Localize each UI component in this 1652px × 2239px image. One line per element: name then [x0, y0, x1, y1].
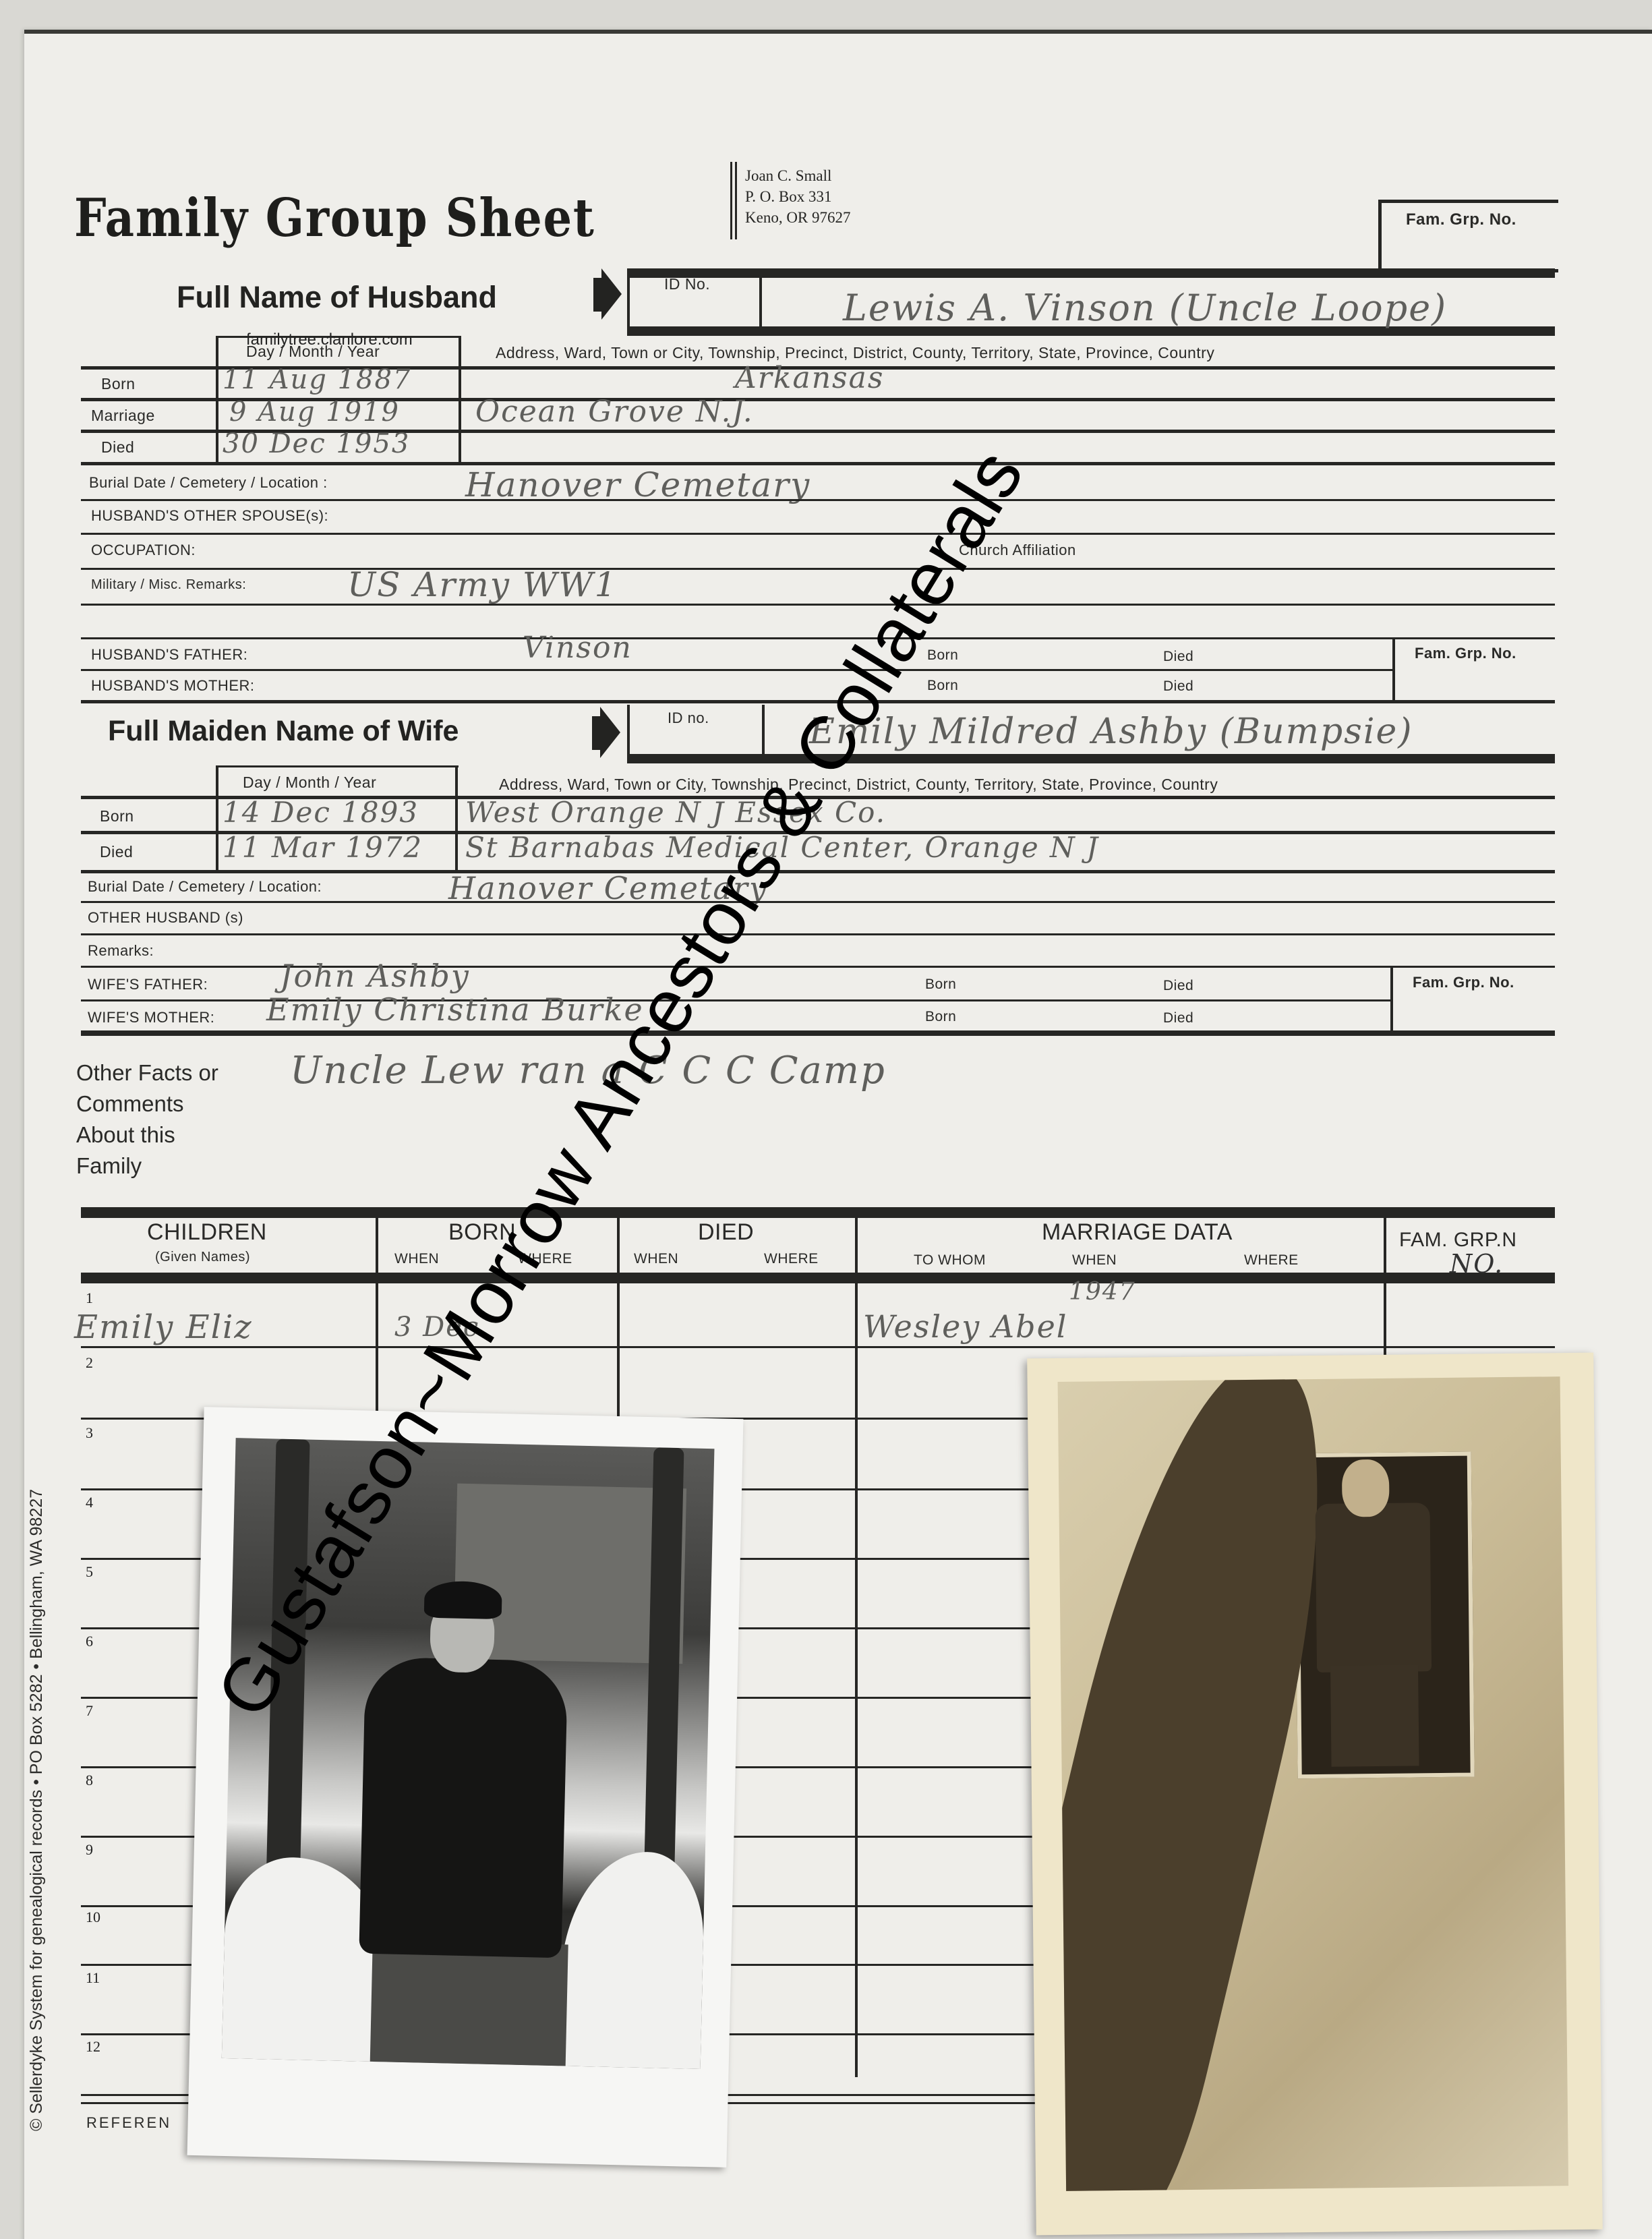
born-label: Born	[100, 807, 134, 825]
child-1-marriage-when[interactable]: 1947	[1069, 1278, 1136, 1306]
marriage-where-header: WHERE	[1244, 1252, 1299, 1269]
husband-marriage-date[interactable]: 9 Aug 1919	[229, 397, 400, 428]
husband-name-field[interactable]: Lewis A. Vinson (Uncle Loope)	[843, 287, 1447, 329]
wife-mother-label: WIFE'S MOTHER:	[88, 1009, 214, 1026]
place-column-header: Address, Ward, Town or City, Township, P…	[499, 776, 1218, 794]
divider	[730, 162, 732, 239]
row-number: 5	[86, 1563, 93, 1581]
row-number: 9	[86, 1841, 93, 1859]
died-label: Died	[1163, 1010, 1193, 1026]
child-1-name[interactable]: Emily Eliz	[74, 1308, 253, 1346]
reference-label: REFEREN	[86, 2114, 171, 2132]
other-facts-label: Other Facts or Comments About this Famil…	[76, 1057, 218, 1182]
date-column-header: Day / Month / Year	[243, 774, 376, 792]
burial-label: Burial Date / Cemetery / Location:	[88, 878, 322, 896]
died-when-header: WHEN	[634, 1251, 678, 1267]
divider	[735, 162, 737, 239]
row-number: 7	[86, 1702, 93, 1720]
row-number: 6	[86, 1633, 93, 1650]
arrow-icon	[600, 707, 620, 758]
publisher-imprint: © Sellerdyke System for genealogical rec…	[27, 1489, 47, 2131]
died-label: Died	[100, 843, 133, 861]
other-husband-label: OTHER HUSBAND (s)	[88, 909, 243, 927]
husband-father-label: HUSBAND'S FATHER:	[91, 646, 247, 664]
husband-mother-label: HUSBAND'S MOTHER:	[91, 677, 255, 695]
remarks-label: Remarks:	[88, 942, 154, 960]
publisher-address: Joan C. Small P. O. Box 331 Keno, OR 976…	[745, 165, 851, 228]
husband-section-label: Full Name of Husband	[177, 280, 497, 315]
marriage-data-header: MARRIAGE DATA	[1042, 1219, 1233, 1246]
children-subheader: (Given Names)	[155, 1250, 250, 1265]
husband-death-date[interactable]: 30 Dec 1953	[223, 428, 410, 459]
row-number: 4	[86, 1494, 93, 1511]
child-1-spouse[interactable]: Wesley Abel	[863, 1308, 1068, 1345]
wife-mother-field[interactable]: Emily Christina Burke	[266, 991, 644, 1028]
burial-label: Burial Date / Cemetery / Location :	[89, 474, 328, 492]
photo-man-in-doorway[interactable]	[1027, 1353, 1603, 2236]
row-number: 3	[86, 1424, 93, 1442]
wife-father-label: WIFE'S FATHER:	[88, 976, 208, 993]
died-where-header: WHERE	[764, 1251, 819, 1267]
fam-grp-note: NO.	[1450, 1249, 1504, 1279]
wife-birth-date[interactable]: 14 Dec 1893	[223, 796, 419, 829]
husband-marriage-place[interactable]: Ocean Grove N.J.	[475, 395, 754, 429]
born-when-header: WHEN	[394, 1251, 439, 1267]
place-column-header: Address, Ward, Town or City, Township, P…	[496, 344, 1214, 362]
husband-birth-date[interactable]: 11 Aug 1887	[223, 364, 411, 395]
husband-military-field[interactable]: US Army WW1	[347, 565, 617, 604]
date-column-header: Day / Month / Year	[246, 343, 380, 361]
died-label: Died	[1163, 678, 1193, 695]
photo-image	[1058, 1376, 1569, 2191]
wife-father-field[interactable]: John Ashby	[280, 958, 470, 994]
row-number: 10	[86, 1909, 100, 1926]
fam-grp-no-label: Fam. Grp. No.	[1415, 645, 1516, 662]
born-label: Born	[925, 1009, 956, 1025]
row-number: 11	[86, 1969, 100, 1987]
occupation-label: OCCUPATION:	[91, 542, 196, 559]
marriage-when-header: WHEN	[1072, 1252, 1117, 1269]
marriage-label: Marriage	[91, 407, 155, 425]
husband-id-label: ID No.	[664, 275, 710, 293]
arrow-icon	[601, 268, 622, 320]
born-label: Born	[925, 977, 956, 993]
page-title: Family Group Sheet	[74, 187, 595, 249]
fam-grp-no-label: Fam. Grp. No.	[1413, 974, 1514, 991]
husband-birth-place[interactable]: Arkansas	[735, 361, 884, 395]
children-header: CHILDREN	[147, 1219, 267, 1246]
to-whom-header: TO WHOM	[914, 1252, 986, 1269]
died-label: Died	[101, 438, 134, 457]
row-number: 2	[86, 1354, 93, 1372]
husband-father-field[interactable]: Vinson	[523, 631, 632, 665]
born-label: Born	[101, 375, 136, 393]
died-label: Died	[1163, 978, 1193, 994]
other-spouse-label: HUSBAND'S OTHER SPOUSE(s):	[91, 507, 328, 525]
photo-woman-in-snow[interactable]	[187, 1407, 744, 2168]
died-label: Died	[1163, 649, 1193, 665]
born-label: Born	[927, 678, 958, 694]
military-label: Military / Misc. Remarks:	[91, 577, 246, 593]
wife-id-label: ID no.	[668, 709, 709, 727]
row-number: 1	[86, 1289, 93, 1307]
fam-grp-header: FAM. GRP.N	[1399, 1229, 1516, 1252]
row-number: 8	[86, 1772, 93, 1789]
died-header: DIED	[698, 1219, 754, 1246]
fam-grp-no-label: Fam. Grp. No.	[1406, 210, 1516, 229]
wife-name-field[interactable]: Emily Mildred Ashby (Bumpsie)	[809, 711, 1413, 752]
wife-death-date[interactable]: 11 Mar 1972	[223, 831, 423, 864]
wife-section-label: Full Maiden Name of Wife	[108, 715, 459, 748]
row-number: 12	[86, 2038, 100, 2056]
